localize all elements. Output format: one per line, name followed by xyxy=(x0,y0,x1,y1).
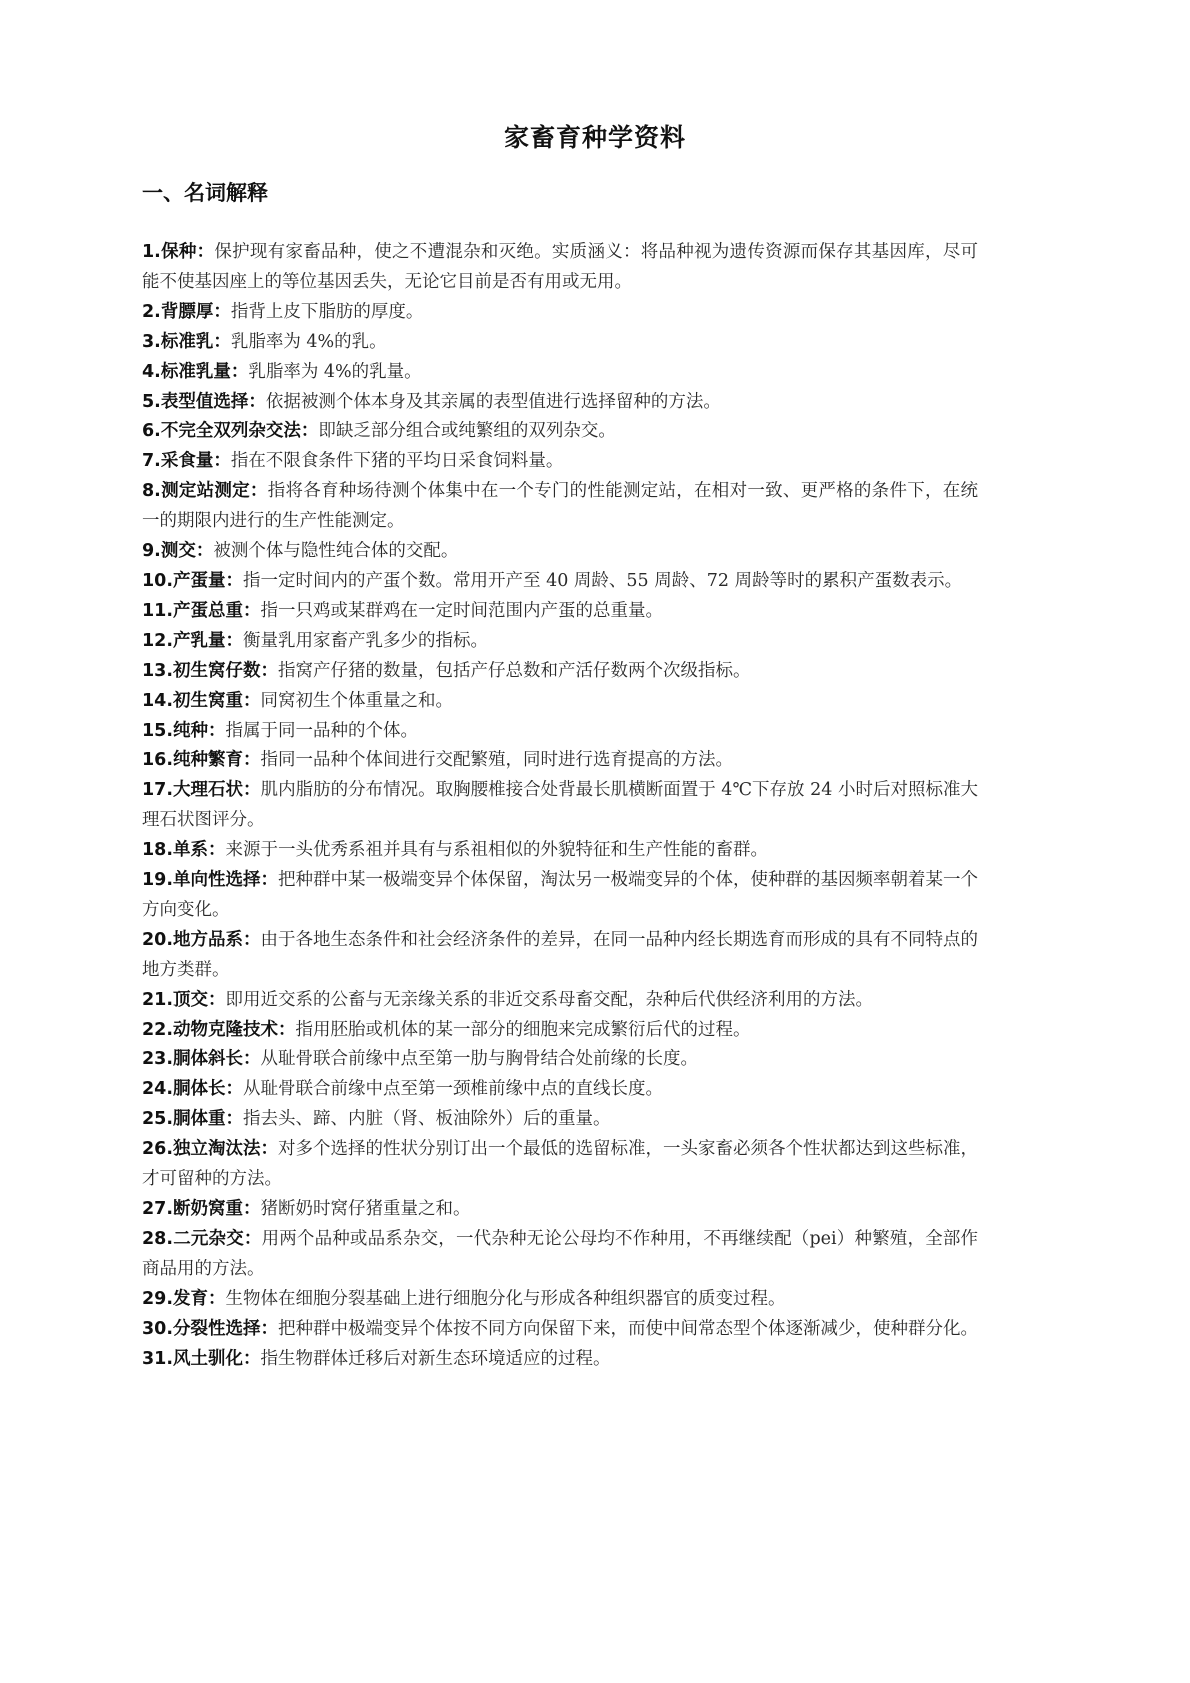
entry-term-text: 产乳量： xyxy=(173,631,243,651)
glossary-entry: 5.表型值选择：依据被测个体本身及其亲属的表型值进行选择留种的方法。 xyxy=(142,388,978,418)
entry-term-text: 地方品系： xyxy=(173,930,261,950)
glossary-entry: 8.测定站测定：指将各育种场待测个体集中在一个专门的性能测定站，在相对一致、更严… xyxy=(142,477,978,537)
entry-number: 15. xyxy=(142,721,173,741)
entry-number: 11. xyxy=(142,601,173,621)
glossary-entry: 6.不完全双列杂交法：即缺乏部分组合或纯繁组的双列杂交。 xyxy=(142,417,978,447)
entry-term: 8.测定站测定： xyxy=(142,481,268,501)
entry-term: 2.背膘厚： xyxy=(142,302,231,322)
entry-term-text: 标准乳量： xyxy=(161,362,249,382)
entry-definition: 猪断奶时窝仔猪重量之和。 xyxy=(261,1199,471,1219)
entry-term: 21.顶交： xyxy=(142,990,226,1010)
entry-definition: 从耻骨联合前缘中点至第一颈椎前缘中点的直线长度。 xyxy=(243,1079,663,1099)
entry-term: 22.动物克隆技术： xyxy=(142,1020,296,1040)
entry-term: 10.产蛋量： xyxy=(142,571,243,591)
entry-term: 23.胴体斜长： xyxy=(142,1049,261,1069)
entry-definition: 乳脂率为 4%的乳量。 xyxy=(248,362,421,382)
entry-term-text: 单向性选择： xyxy=(173,870,278,890)
entry-term-text: 采食量： xyxy=(161,451,231,471)
document-title: 家畜育种学资料 xyxy=(0,118,1190,154)
glossary-entry: 3.标准乳：乳脂率为 4%的乳。 xyxy=(142,328,978,358)
glossary-entry: 15.纯种：指属于同一品种的个体。 xyxy=(142,717,978,747)
entry-number: 18. xyxy=(142,840,173,860)
entry-term: 25.胴体重： xyxy=(142,1109,243,1129)
entry-term-text: 纯种： xyxy=(173,721,226,741)
glossary-entry: 18.单系：来源于一头优秀系祖并具有与系祖相似的外貌特征和生产性能的畜群。 xyxy=(142,836,978,866)
entry-number: 21. xyxy=(142,990,173,1010)
entry-term: 31.风土驯化： xyxy=(142,1349,261,1369)
entry-definition: 由于各地生态条件和社会经济条件的差异，在同一品种内经长期选育而形成的具有不同特点… xyxy=(142,930,978,980)
entry-term-text: 保种： xyxy=(161,242,215,262)
entry-term: 5.表型值选择： xyxy=(142,392,266,412)
glossary-entry: 17.大理石状：肌内脂肪的分布情况。取胸腰椎接合处背最长肌横断面置于 4℃下存放… xyxy=(142,776,978,836)
entry-number: 5. xyxy=(142,392,161,412)
entry-definition: 指用胚胎或机体的某一部分的细胞来完成繁衍后代的过程。 xyxy=(296,1020,751,1040)
entry-term-text: 背膘厚： xyxy=(161,302,231,322)
glossary-entry: 29.发育：生物体在细胞分裂基础上进行细胞分化与形成各种组织器官的质变过程。 xyxy=(142,1285,978,1315)
entry-term: 6.不完全双列杂交法： xyxy=(142,421,318,441)
entry-term-text: 动物克隆技术： xyxy=(173,1020,296,1040)
glossary-entry: 23.胴体斜长：从耻骨联合前缘中点至第一肋与胸骨结合处前缘的长度。 xyxy=(142,1045,978,1075)
entry-term: 4.标准乳量： xyxy=(142,362,248,382)
entry-number: 19. xyxy=(142,870,173,890)
entry-term-text: 分裂性选择： xyxy=(173,1319,278,1339)
entry-number: 20. xyxy=(142,930,173,950)
glossary-entry: 31.风土驯化：指生物群体迁移后对新生态环境适应的过程。 xyxy=(142,1345,978,1375)
entry-term: 20.地方品系： xyxy=(142,930,261,950)
entry-term-text: 发育： xyxy=(173,1289,226,1309)
glossary-entry: 19.单向性选择：把种群中某一极端变异个体保留，淘汰另一极端变异的个体，使种群的… xyxy=(142,866,978,926)
entry-term: 26.独立淘汰法： xyxy=(142,1139,278,1159)
entry-definition: 指窝产仔猪的数量，包括产仔总数和产活仔数两个次级指标。 xyxy=(278,661,751,681)
glossary-entry: 14.初生窝重：同窝初生个体重量之和。 xyxy=(142,687,978,717)
entry-number: 23. xyxy=(142,1049,173,1069)
entry-term: 11.产蛋总重： xyxy=(142,601,261,621)
entry-term: 14.初生窝重： xyxy=(142,691,261,711)
entry-number: 31. xyxy=(142,1349,173,1369)
glossary-entry: 16.纯种繁育：指同一品种个体间进行交配繁殖，同时进行选育提高的方法。 xyxy=(142,746,978,776)
entry-definition: 指背上皮下脂肪的厚度。 xyxy=(231,302,424,322)
entry-term-text: 初生窝仔数： xyxy=(173,661,278,681)
entry-term: 7.采食量： xyxy=(142,451,231,471)
entry-number: 13. xyxy=(142,661,173,681)
entry-term-text: 断奶窝重： xyxy=(173,1199,261,1219)
entry-definition: 即缺乏部分组合或纯繁组的双列杂交。 xyxy=(318,421,616,441)
entry-number: 12. xyxy=(142,631,173,651)
glossary-entry: 13.初生窝仔数：指窝产仔猪的数量，包括产仔总数和产活仔数两个次级指标。 xyxy=(142,657,978,687)
entry-term-text: 胴体长： xyxy=(173,1079,243,1099)
entry-definition: 乳脂率为 4%的乳。 xyxy=(231,332,387,352)
entry-term-text: 标准乳： xyxy=(161,332,231,352)
entry-definition: 来源于一头优秀系祖并具有与系祖相似的外貌特征和生产性能的畜群。 xyxy=(226,840,769,860)
entry-term-text: 二元杂交： xyxy=(173,1229,262,1249)
entry-number: 28. xyxy=(142,1229,173,1249)
entry-number: 24. xyxy=(142,1079,173,1099)
glossary-entry: 7.采食量：指在不限食条件下猪的平均日采食饲料量。 xyxy=(142,447,978,477)
glossary-list: 1.保种：保护现有家畜品种，使之不遭混杂和灭绝。实质涵义：将品种视为遗传资源而保… xyxy=(142,238,978,1374)
glossary-entry: 12.产乳量：衡量乳用家畜产乳多少的指标。 xyxy=(142,627,978,657)
glossary-entry: 20.地方品系：由于各地生态条件和社会经济条件的差异，在同一品种内经长期选育而形… xyxy=(142,926,978,986)
entry-number: 27. xyxy=(142,1199,173,1219)
entry-term-text: 测交： xyxy=(161,541,214,561)
entry-definition: 即用近交系的公畜与无亲缘关系的非近交系母畜交配，杂种后代供经济利用的方法。 xyxy=(226,990,874,1010)
glossary-entry: 21.顶交：即用近交系的公畜与无亲缘关系的非近交系母畜交配，杂种后代供经济利用的… xyxy=(142,986,978,1016)
entry-term-text: 测定站测定： xyxy=(161,481,268,501)
entry-definition: 保护现有家畜品种，使之不遭混杂和灭绝。实质涵义：将品种视为遗传资源而保存其基因库… xyxy=(142,242,978,292)
entry-definition: 指将各育种场待测个体集中在一个专门的性能测定站，在相对一致、更严格的条件下，在统… xyxy=(142,481,978,531)
entry-definition: 指去头、蹄、内脏（肾、板油除外）后的重量。 xyxy=(243,1109,611,1129)
entry-number: 8. xyxy=(142,481,161,501)
entry-term-text: 产蛋总重： xyxy=(173,601,261,621)
entry-number: 7. xyxy=(142,451,161,471)
entry-definition: 用两个品种或品系杂交，一代杂种无论公母均不作种用，不再继续配（pei）种繁殖，全… xyxy=(142,1229,978,1279)
glossary-entry: 9.测交：被测个体与隐性纯合体的交配。 xyxy=(142,537,978,567)
entry-number: 9. xyxy=(142,541,161,561)
glossary-entry: 1.保种：保护现有家畜品种，使之不遭混杂和灭绝。实质涵义：将品种视为遗传资源而保… xyxy=(142,238,978,298)
glossary-entry: 4.标准乳量：乳脂率为 4%的乳量。 xyxy=(142,358,978,388)
entry-number: 4. xyxy=(142,362,161,382)
entry-definition: 衡量乳用家畜产乳多少的指标。 xyxy=(243,631,488,651)
entry-definition: 同窝初生个体重量之和。 xyxy=(261,691,454,711)
entry-number: 17. xyxy=(142,780,173,800)
section-heading: 一、名词解释 xyxy=(142,177,268,207)
entry-number: 25. xyxy=(142,1109,173,1129)
entry-term-text: 风土驯化： xyxy=(173,1349,261,1369)
entry-number: 6. xyxy=(142,421,161,441)
entry-definition: 指属于同一品种的个体。 xyxy=(226,721,419,741)
glossary-entry: 11.产蛋总重：指一只鸡或某群鸡在一定时间范围内产蛋的总重量。 xyxy=(142,597,978,627)
entry-term-text: 大理石状： xyxy=(173,780,261,800)
entry-number: 14. xyxy=(142,691,173,711)
entry-definition: 依据被测个体本身及其亲属的表型值进行选择留种的方法。 xyxy=(266,392,721,412)
entry-definition: 指一定时间内的产蛋个数。常用开产至 40 周龄、55 周龄、72 周龄等时的累积… xyxy=(243,571,962,591)
entry-number: 1. xyxy=(142,242,161,262)
entry-definition: 指同一品种个体间进行交配繁殖，同时进行选育提高的方法。 xyxy=(261,750,734,770)
entry-term-text: 不完全双列杂交法： xyxy=(161,421,319,441)
entry-definition: 被测个体与隐性纯合体的交配。 xyxy=(213,541,458,561)
entry-definition: 生物体在细胞分裂基础上进行细胞分化与形成各种组织器官的质变过程。 xyxy=(226,1289,786,1309)
entry-number: 3. xyxy=(142,332,161,352)
entry-term-text: 独立淘汰法： xyxy=(173,1139,278,1159)
glossary-entry: 2.背膘厚：指背上皮下脂肪的厚度。 xyxy=(142,298,978,328)
entry-term: 29.发育： xyxy=(142,1289,226,1309)
entry-term: 15.纯种： xyxy=(142,721,226,741)
glossary-entry: 27.断奶窝重：猪断奶时窝仔猪重量之和。 xyxy=(142,1195,978,1225)
entry-term: 16.纯种繁育： xyxy=(142,750,261,770)
glossary-entry: 24.胴体长：从耻骨联合前缘中点至第一颈椎前缘中点的直线长度。 xyxy=(142,1075,978,1105)
glossary-entry: 10.产蛋量：指一定时间内的产蛋个数。常用开产至 40 周龄、55 周龄、72 … xyxy=(142,567,978,597)
entry-number: 10. xyxy=(142,571,173,591)
entry-number: 22. xyxy=(142,1020,173,1040)
entry-definition: 指生物群体迁移后对新生态环境适应的过程。 xyxy=(261,1349,611,1369)
entry-term-text: 单系： xyxy=(173,840,226,860)
entry-term: 1.保种： xyxy=(142,242,214,262)
entry-term: 9.测交： xyxy=(142,541,213,561)
entry-term-text: 顶交： xyxy=(173,990,226,1010)
entry-number: 30. xyxy=(142,1319,173,1339)
entry-term: 12.产乳量： xyxy=(142,631,243,651)
entry-number: 29. xyxy=(142,1289,173,1309)
entry-term: 24.胴体长： xyxy=(142,1079,243,1099)
glossary-entry: 22.动物克隆技术：指用胚胎或机体的某一部分的细胞来完成繁衍后代的过程。 xyxy=(142,1016,978,1046)
entry-definition: 把种群中极端变异个体按不同方向保留下来，而使中间常态型个体逐渐减少，使种群分化。 xyxy=(278,1319,978,1339)
entry-term-text: 表型值选择： xyxy=(161,392,266,412)
entry-term-text: 纯种繁育： xyxy=(173,750,261,770)
entry-number: 26. xyxy=(142,1139,173,1159)
entry-definition: 肌内脂肪的分布情况。取胸腰椎接合处背最长肌横断面置于 4℃下存放 24 小时后对… xyxy=(142,780,978,830)
entry-number: 16. xyxy=(142,750,173,770)
entry-definition: 指在不限食条件下猪的平均日采食饲料量。 xyxy=(231,451,564,471)
glossary-entry: 26.独立淘汰法：对多个选择的性状分别订出一个最低的选留标准，一头家畜必须各个性… xyxy=(142,1135,978,1195)
entry-term-text: 产蛋量： xyxy=(173,571,243,591)
entry-term: 30.分裂性选择： xyxy=(142,1319,278,1339)
entry-term: 27.断奶窝重： xyxy=(142,1199,261,1219)
entry-term-text: 胴体重： xyxy=(173,1109,243,1129)
entry-term: 3.标准乳： xyxy=(142,332,231,352)
entry-term: 18.单系： xyxy=(142,840,226,860)
glossary-entry: 28.二元杂交：用两个品种或品系杂交，一代杂种无论公母均不作种用，不再继续配（p… xyxy=(142,1225,978,1285)
entry-term: 13.初生窝仔数： xyxy=(142,661,278,681)
document-page: 家畜育种学资料 一、名词解释 1.保种：保护现有家畜品种，使之不遭混杂和灭绝。实… xyxy=(0,0,1190,1683)
entry-definition: 指一只鸡或某群鸡在一定时间范围内产蛋的总重量。 xyxy=(261,601,664,621)
entry-term: 17.大理石状： xyxy=(142,780,261,800)
entry-definition: 从耻骨联合前缘中点至第一肋与胸骨结合处前缘的长度。 xyxy=(261,1049,699,1069)
entry-term-text: 胴体斜长： xyxy=(173,1049,261,1069)
glossary-entry: 30.分裂性选择：把种群中极端变异个体按不同方向保留下来，而使中间常态型个体逐渐… xyxy=(142,1315,978,1345)
entry-term: 28.二元杂交： xyxy=(142,1229,262,1249)
entry-term-text: 初生窝重： xyxy=(173,691,261,711)
glossary-entry: 25.胴体重：指去头、蹄、内脏（肾、板油除外）后的重量。 xyxy=(142,1105,978,1135)
entry-number: 2. xyxy=(142,302,161,322)
entry-term: 19.单向性选择： xyxy=(142,870,278,890)
